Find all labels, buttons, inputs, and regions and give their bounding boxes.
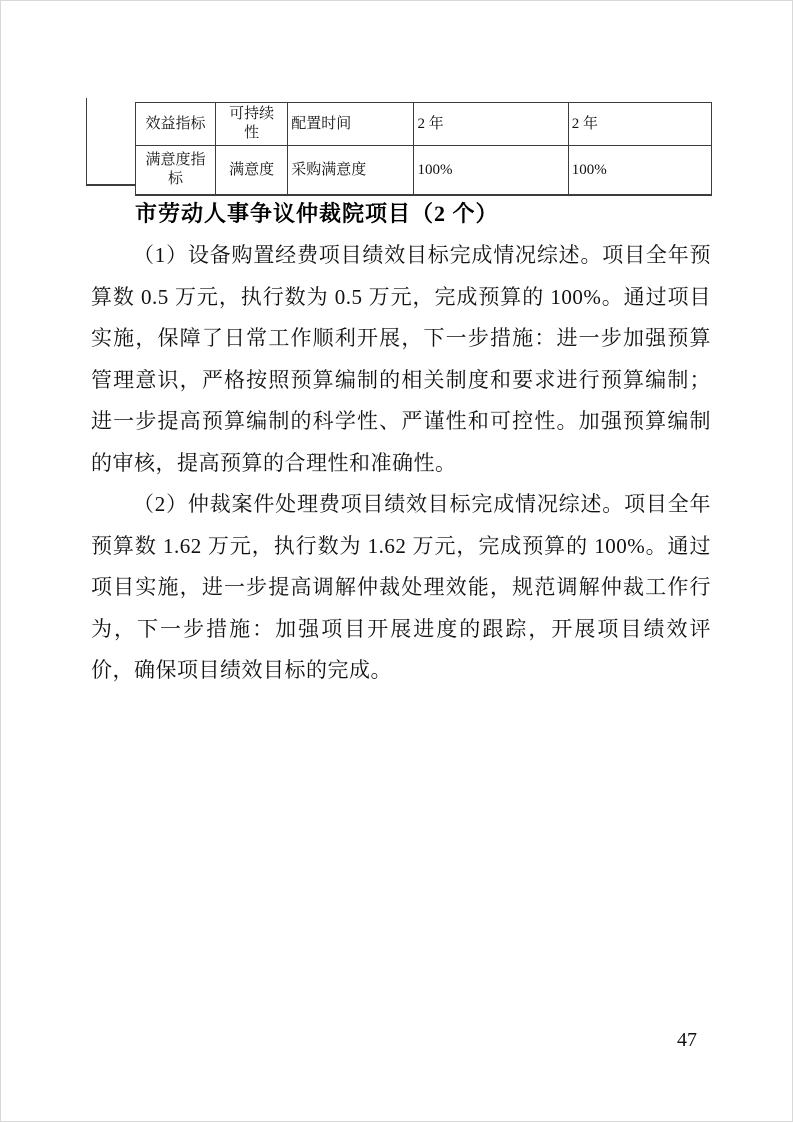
table-cell-indicator-category: 满意度指标 <box>136 146 216 196</box>
paragraph-project-1: （1）设备购置经费项目绩效目标完成情况综述。项目全年预算数 0.5 万元，执行数… <box>91 235 711 484</box>
body-text: （1）设备购置经费项目绩效目标完成情况综述。项目全年预算数 0.5 万元，执行数… <box>91 235 711 692</box>
table-cell-indicator-sub: 满意度 <box>216 146 288 196</box>
table-cell-target-value: 2 年 <box>414 103 568 146</box>
section-heading: 市劳动人事争议仲裁院项目（2 个） <box>135 197 499 228</box>
document-page: 效益指标 可持续性 配置时间 2 年 2 年 满意度指标 满意度 采购满意度 1… <box>0 0 793 1122</box>
table-cell-actual-value: 100% <box>568 146 711 196</box>
table-cell-actual-value: 2 年 <box>568 103 711 146</box>
table-cell-indicator-category: 效益指标 <box>136 103 216 146</box>
paragraph-project-2: （2）仲裁案件处理费项目绩效目标完成情况综述。项目全年预算数 1.62 万元，执… <box>91 484 711 692</box>
table-cell-indicator-name: 采购满意度 <box>288 146 414 196</box>
table-cell-indicator-name: 配置时间 <box>288 103 414 146</box>
table-row: 满意度指标 满意度 采购满意度 100% 100% <box>136 146 712 196</box>
page-number: 47 <box>665 1029 709 1052</box>
indicator-table: 效益指标 可持续性 配置时间 2 年 2 年 满意度指标 满意度 采购满意度 1… <box>135 102 712 196</box>
table-row: 效益指标 可持续性 配置时间 2 年 2 年 <box>136 103 712 146</box>
table-cell-indicator-sub: 可持续性 <box>216 103 288 146</box>
table-cell-target-value: 100% <box>414 146 568 196</box>
table-stub-column <box>86 98 135 186</box>
